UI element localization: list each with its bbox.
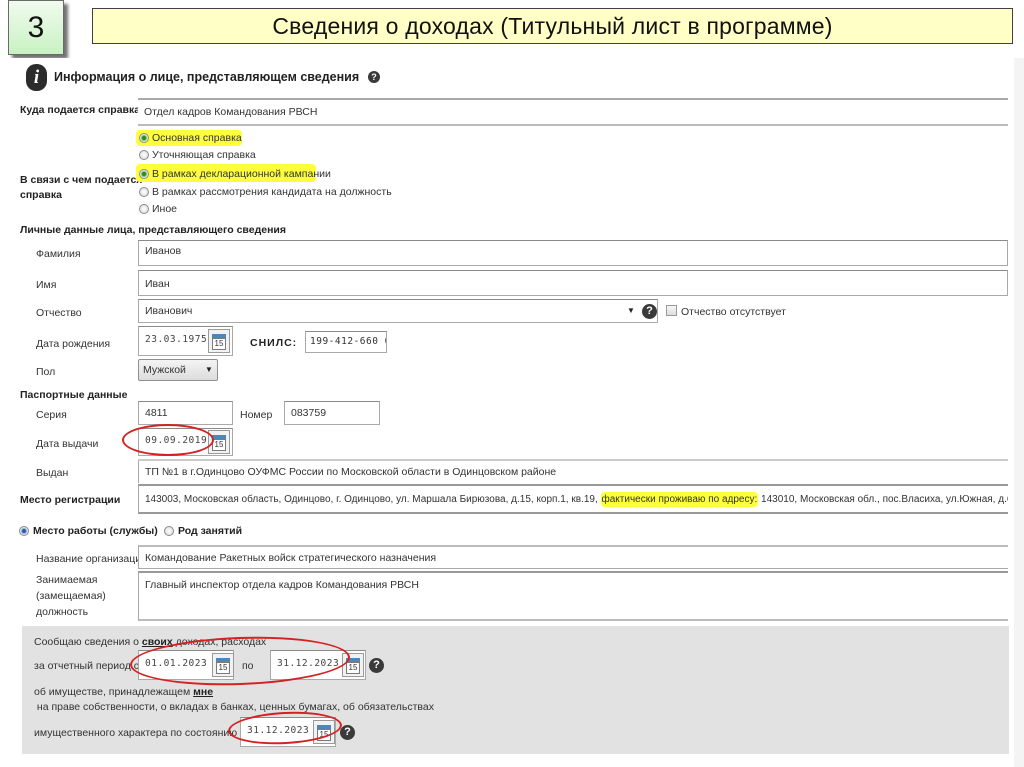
radio-corrective-report-label[interactable]: Уточняющая справка xyxy=(152,149,256,161)
annotation-circle xyxy=(122,424,214,456)
name-field[interactable]: Иван xyxy=(138,270,1008,296)
radio-corrective-report[interactable] xyxy=(139,150,149,160)
property-text: об имуществе, принадлежащем мне xyxy=(34,686,213,698)
number-label: Номер xyxy=(240,409,272,421)
chevron-down-icon: ▼ xyxy=(205,360,213,380)
passport-section-title: Паспортные данные xyxy=(20,389,127,401)
destination-label: Куда подается справка xyxy=(20,104,140,116)
radio-occupation-label[interactable]: Род занятий xyxy=(178,525,242,537)
help-icon[interactable]: ? xyxy=(340,725,355,740)
radio-workplace[interactable] xyxy=(19,526,29,536)
org-label: Название организации xyxy=(36,553,147,565)
slide-title: Сведения о доходах (Титульный лист в про… xyxy=(92,8,1013,44)
asof-label: имущественного характера по состоянию на xyxy=(34,727,252,739)
property-text-1: об имуществе, принадлежащем xyxy=(34,686,193,698)
issued-by-field[interactable]: ТП №1 в г.Одинцово ОУФМС России по Моско… xyxy=(138,459,1008,483)
radio-candidate-label[interactable]: В рамках рассмотрения кандидата на должн… xyxy=(152,186,392,198)
radio-candidate[interactable] xyxy=(139,187,149,197)
position-label: Занимаемая xyxy=(36,574,98,586)
destination-field[interactable]: Отдел кадров Командования РВСН xyxy=(138,100,1008,126)
property-text-2: на праве собственности, о вкладах в банк… xyxy=(34,701,434,713)
radio-main-report[interactable] xyxy=(139,133,149,143)
name-label: Имя xyxy=(36,279,56,291)
surname-label: Фамилия xyxy=(36,248,81,260)
registration-address-part1: 143003, Московская область, Одинцово, г.… xyxy=(145,494,601,505)
reason-label: В связи с чем подается xyxy=(20,174,142,186)
patronymic-field[interactable]: Иванович xyxy=(138,299,658,323)
registration-label: Место регистрации xyxy=(20,494,120,506)
radio-workplace-label[interactable]: Место работы (службы) xyxy=(33,525,158,537)
scrollbar[interactable] xyxy=(1014,58,1024,767)
series-field[interactable]: 4811 xyxy=(138,401,233,425)
info-icon: i xyxy=(26,64,47,91)
personal-section-title: Личные данные лица, представляющего свед… xyxy=(20,224,286,236)
issued-by-label: Выдан xyxy=(36,467,68,479)
registration-address-highlight: фактически проживаю по адресу: xyxy=(601,492,759,507)
help-icon[interactable]: ? xyxy=(368,71,380,83)
position-label-2: (замещаемая) xyxy=(36,590,106,602)
gender-value: Мужской xyxy=(143,364,186,376)
org-field[interactable]: Командование Ракетных войск стратегическ… xyxy=(138,545,1008,569)
period-intro-text: Сообщаю сведения о xyxy=(34,636,142,648)
position-label-3: должность xyxy=(36,606,88,618)
property-text-me[interactable]: мне xyxy=(193,686,213,698)
birthdate-label: Дата рождения xyxy=(36,338,110,350)
chevron-down-icon[interactable]: ▼ xyxy=(627,306,635,315)
number-field[interactable]: 083759 xyxy=(284,401,380,425)
gender-select[interactable]: Мужской ▼ xyxy=(138,359,218,381)
registration-field[interactable]: 143003, Московская область, Одинцово, г.… xyxy=(138,484,1008,514)
calendar-icon[interactable]: 15 xyxy=(208,329,230,353)
radio-declaration-campaign-label[interactable]: В рамках декларационной кампании xyxy=(152,168,331,180)
no-patronymic-checkbox[interactable] xyxy=(666,305,677,316)
radio-main-report-label[interactable]: Основная справка xyxy=(152,132,242,144)
issue-date-label: Дата выдачи xyxy=(36,438,98,450)
reason-label-2: справка xyxy=(20,189,62,201)
help-icon[interactable]: ? xyxy=(369,658,384,673)
position-field[interactable]: Главный инспектор отдела кадров Командов… xyxy=(138,571,1008,621)
radio-declaration-campaign[interactable] xyxy=(139,169,149,179)
period-from-label: за отчетный период с xyxy=(34,660,139,672)
gender-label: Пол xyxy=(36,366,55,378)
no-patronymic-label[interactable]: Отчество отсутствует xyxy=(681,306,786,318)
radio-other[interactable] xyxy=(139,204,149,214)
help-icon[interactable]: ? xyxy=(642,304,657,319)
snils-field[interactable]: 199-412-660 09 xyxy=(305,331,387,353)
patronymic-label: Отчество xyxy=(36,307,82,319)
section-title: Информация о лице, представляющем сведен… xyxy=(54,70,359,84)
registration-address-part2: 143010, Московская обл., пос.Власиха, ул… xyxy=(758,494,1008,505)
snils-label: СНИЛС: xyxy=(250,337,297,349)
surname-field[interactable]: Иванов xyxy=(138,240,1008,266)
radio-occupation[interactable] xyxy=(164,526,174,536)
series-label: Серия xyxy=(36,409,67,421)
radio-other-label[interactable]: Иное xyxy=(152,203,177,215)
slide-number: 3 xyxy=(8,0,64,55)
